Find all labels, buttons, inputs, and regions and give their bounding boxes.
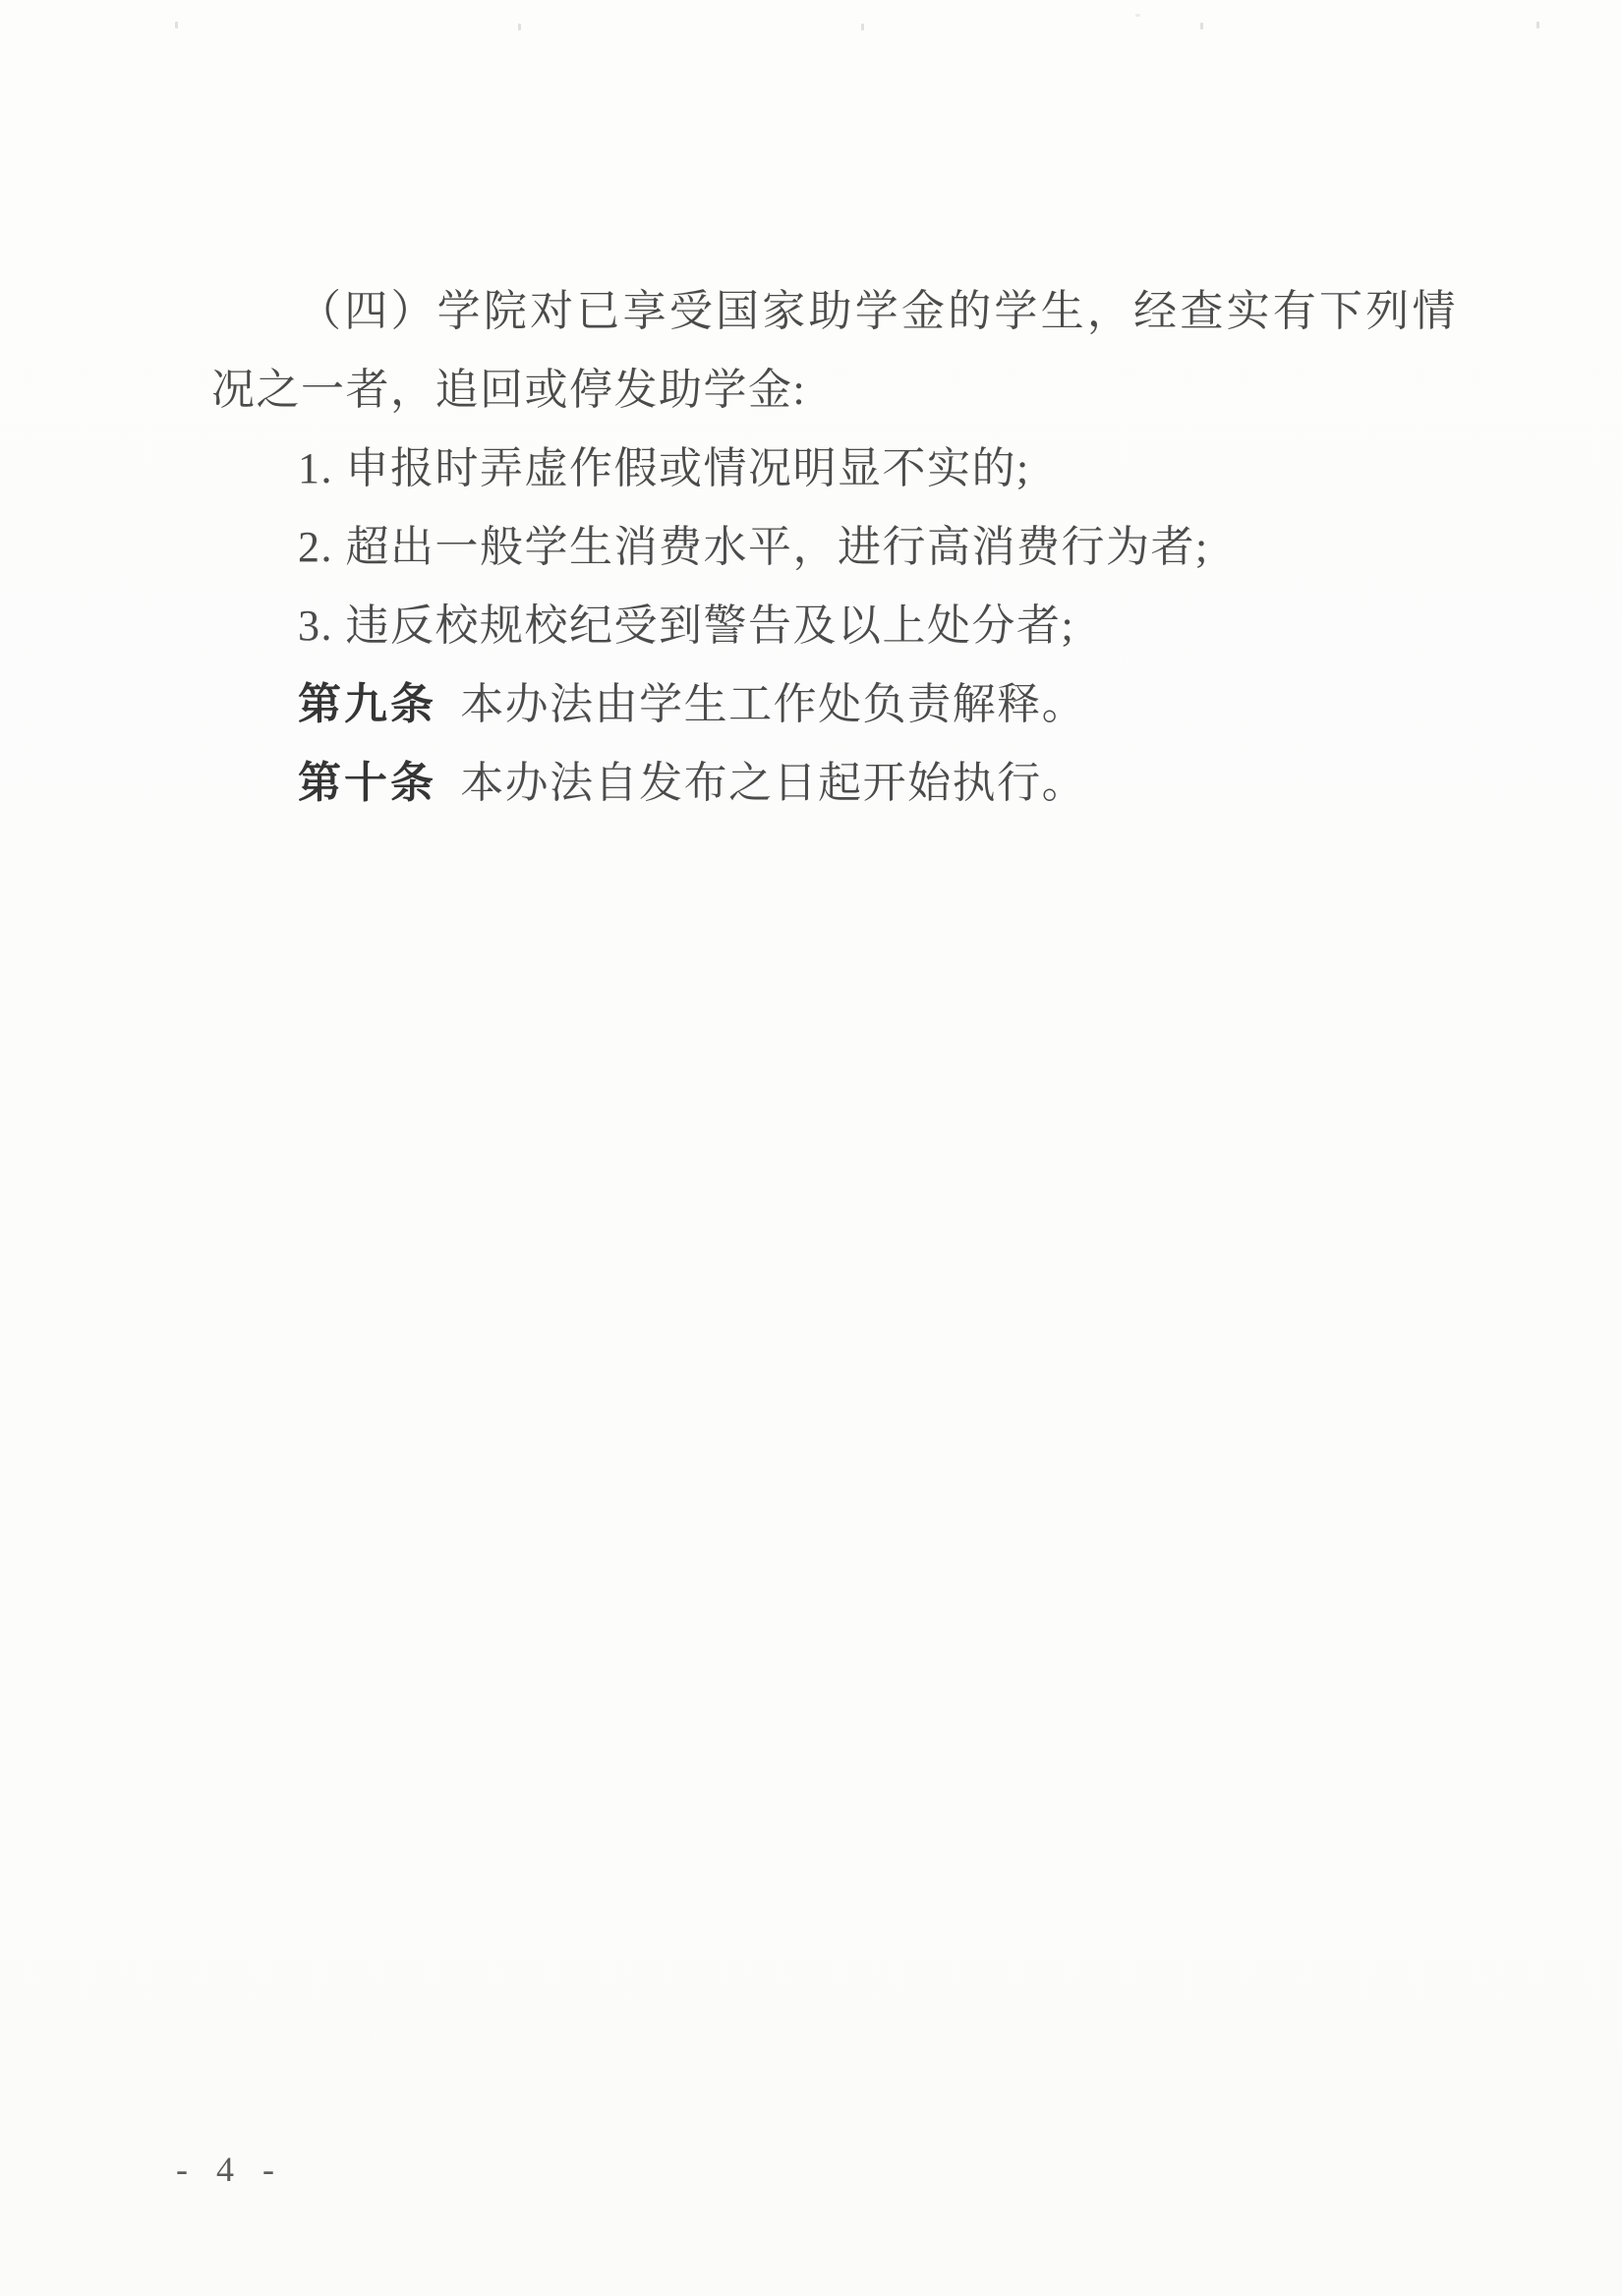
list-item-2: 2. 超出一般学生消费水平，进行高消费行为者; (211, 508, 1457, 587)
article-9-text: 本办法由学生工作处负责解释。 (460, 680, 1086, 728)
scan-speckle (518, 24, 521, 30)
scan-speckle (175, 22, 178, 29)
scan-speckle (861, 24, 864, 30)
scan-speckle (1200, 23, 1203, 29)
list-item-1: 1. 申报时弄虚作假或情况明显不实的; (211, 430, 1457, 508)
article-10-term: 第十条 (298, 759, 436, 807)
article-10: 第十条本办法自发布之日起开始执行。 (211, 744, 1457, 823)
paragraph-clause-4: （四）学院对已享受国家助学金的学生，经查实有下列情况之一者，追回或停发助学金: (211, 272, 1457, 430)
page-number: - 4 - (138, 2149, 315, 2190)
scan-speckle (1135, 14, 1140, 17)
scan-speckle (1536, 22, 1539, 29)
article-10-text: 本办法自发布之日起开始执行。 (460, 759, 1086, 807)
document-body: （四）学院对已享受国家助学金的学生，经查实有下列情况之一者，追回或停发助学金: … (211, 272, 1457, 823)
list-item-3: 3. 违反校规校纪受到警告及以上处分者; (211, 587, 1457, 665)
scanned-document-page: （四）学院对已享受国家助学金的学生，经查实有下列情况之一者，追回或停发助学金: … (0, 0, 1622, 2296)
article-9-term: 第九条 (298, 680, 436, 728)
article-9: 第九条本办法由学生工作处负责解释。 (211, 665, 1457, 744)
